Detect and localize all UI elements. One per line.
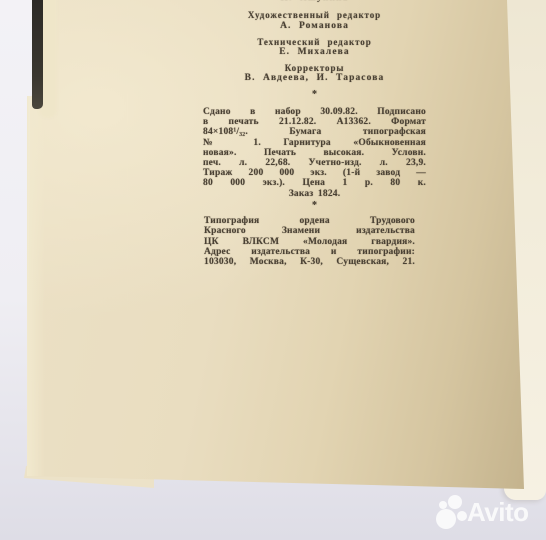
avito-watermark: Avito <box>436 486 544 536</box>
printer-line: Красного Знамени издательства <box>204 226 415 236</box>
imprint-line: Заказ 1824. <box>203 189 426 199</box>
separator-star: * <box>203 89 426 100</box>
listing-photo: Н. Яшунина Художественный редактор А. Ро… <box>0 0 546 540</box>
watermark-text: Avito <box>467 496 529 528</box>
imprint-line: Тираж 200 000 экз. (1-й завод — <box>203 168 426 178</box>
imprint-line: 84×108¹/₃₂. Бумага типографская <box>203 127 426 137</box>
staff-role: Технический редактор <box>203 37 426 47</box>
staff-role: Художественный редактор <box>203 10 426 20</box>
avito-logo-icon <box>439 501 447 509</box>
imprint-block: Сдано в набор 30.09.82. Подписано в печа… <box>203 107 426 199</box>
printer-line: 103030, Москва, К-30, Сущевская, 21. <box>204 257 415 267</box>
staff-name: А. Романова <box>203 21 426 31</box>
printer-line: Типография ордена Трудового <box>204 216 415 226</box>
imprint-line: 80 000 экз.). Цена 1 р. 80 к. <box>203 178 426 188</box>
imprint-line: новая». Печать высокая. Условн. <box>203 148 426 158</box>
avito-logo-icon <box>457 511 467 521</box>
staff-name: Е. Михалева <box>203 47 426 57</box>
printer-line: ЦК ВЛКСМ «Молодая гвардия». <box>204 237 415 247</box>
printer-block: Типография ордена Трудового Красного Зна… <box>204 216 415 267</box>
imprint-line: Сдано в набор 30.09.82. Подписано <box>203 107 426 117</box>
separator-star: * <box>203 200 426 211</box>
imprint-line: печ. л. 22,68. Учетно-изд. л. 23,9. <box>203 158 426 168</box>
printed-text: Н. Яшунина Художественный редактор А. Ро… <box>0 0 546 540</box>
imprint-line: № 1. Гарнитура «Обыкновенная <box>203 138 426 148</box>
staff-name: В. Авдеева, И. Тарасова <box>203 73 426 83</box>
imprint-line: в печать 21.12.82. А13362. Формат <box>203 117 426 127</box>
avito-logo-icon <box>448 495 462 509</box>
staff-role: Корректоры <box>203 63 426 73</box>
printer-line: Адрес издательства и типографии: <box>204 247 415 257</box>
avito-logo-icon <box>436 509 456 529</box>
staff-name-partial: Н. Яшунина <box>203 0 426 3</box>
